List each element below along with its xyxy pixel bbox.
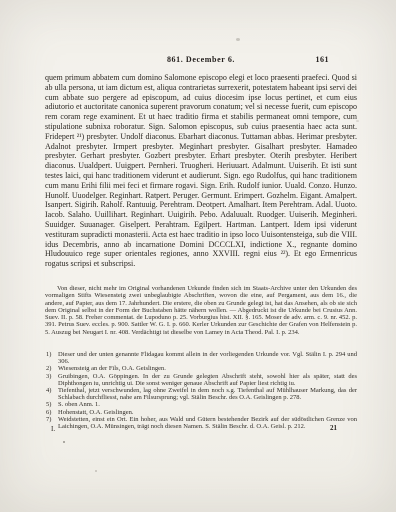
scan-speck <box>63 441 65 443</box>
footnote-marker: 5) <box>46 401 51 408</box>
footnote-text: Wiesensteig an der Fils, O.A. Geislingen… <box>58 365 166 372</box>
footnote-row: 6) Hohenstatt, O.A. Geislingen. <box>45 409 357 416</box>
footnote-marker: 7) <box>46 416 51 423</box>
footnote-marker: 3) <box>46 373 51 380</box>
sheet-signature: 21 <box>330 424 337 432</box>
footnote-row: 2) Wiesensteig an der Fils, O.A. Geislin… <box>45 365 357 372</box>
footnote-text: Dieser und der unten genannte Flidagau k… <box>58 351 357 365</box>
page-number: 161 <box>316 55 330 64</box>
footnote-marker: 6) <box>46 409 51 416</box>
scan-speck <box>95 470 97 472</box>
page-header: 861. December 6. 161 <box>45 55 357 67</box>
running-head-date: 861. December 6. <box>45 55 357 64</box>
scan-speck <box>356 120 359 122</box>
volume-mark: I. <box>51 425 55 433</box>
footnote-marker: 4) <box>46 387 51 394</box>
footnote-marker: 1) <box>46 351 51 358</box>
footnote-text: Gruibingen, O.A. Göppingen. In der zu Gr… <box>58 373 357 387</box>
footnote-text: Tiefenthal, jetzt verschwunden, lag ohne… <box>58 387 357 401</box>
footnote-row: 5) S. oben Anm. 1. <box>45 401 357 408</box>
footnote-text: S. oben Anm. 1. <box>58 401 100 408</box>
footnote-marker: 2) <box>46 365 51 372</box>
footnote-row: 1) Dieser und der unten genannte Flidaga… <box>45 351 357 365</box>
footnotes: 1) Dieser und der unten genannte Flidaga… <box>45 351 357 430</box>
book-page-scan: 861. December 6. 161 quem primum abbatem… <box>0 0 396 512</box>
charter-text: quem primum abbatem cum domino Salomone … <box>45 73 357 269</box>
footnote-row: 3) Gruibingen, O.A. Göppingen. In der zu… <box>45 373 357 387</box>
scan-speck <box>236 38 240 41</box>
footnote-row: 4) Tiefenthal, jetzt verschwunden, lag o… <box>45 387 357 401</box>
footnote-text: Hohenstatt, O.A. Geislingen. <box>58 409 133 416</box>
page-footer: I. 21 <box>45 425 357 435</box>
editorial-annotation: Von dieser, nicht mehr im Original vorha… <box>45 285 357 336</box>
